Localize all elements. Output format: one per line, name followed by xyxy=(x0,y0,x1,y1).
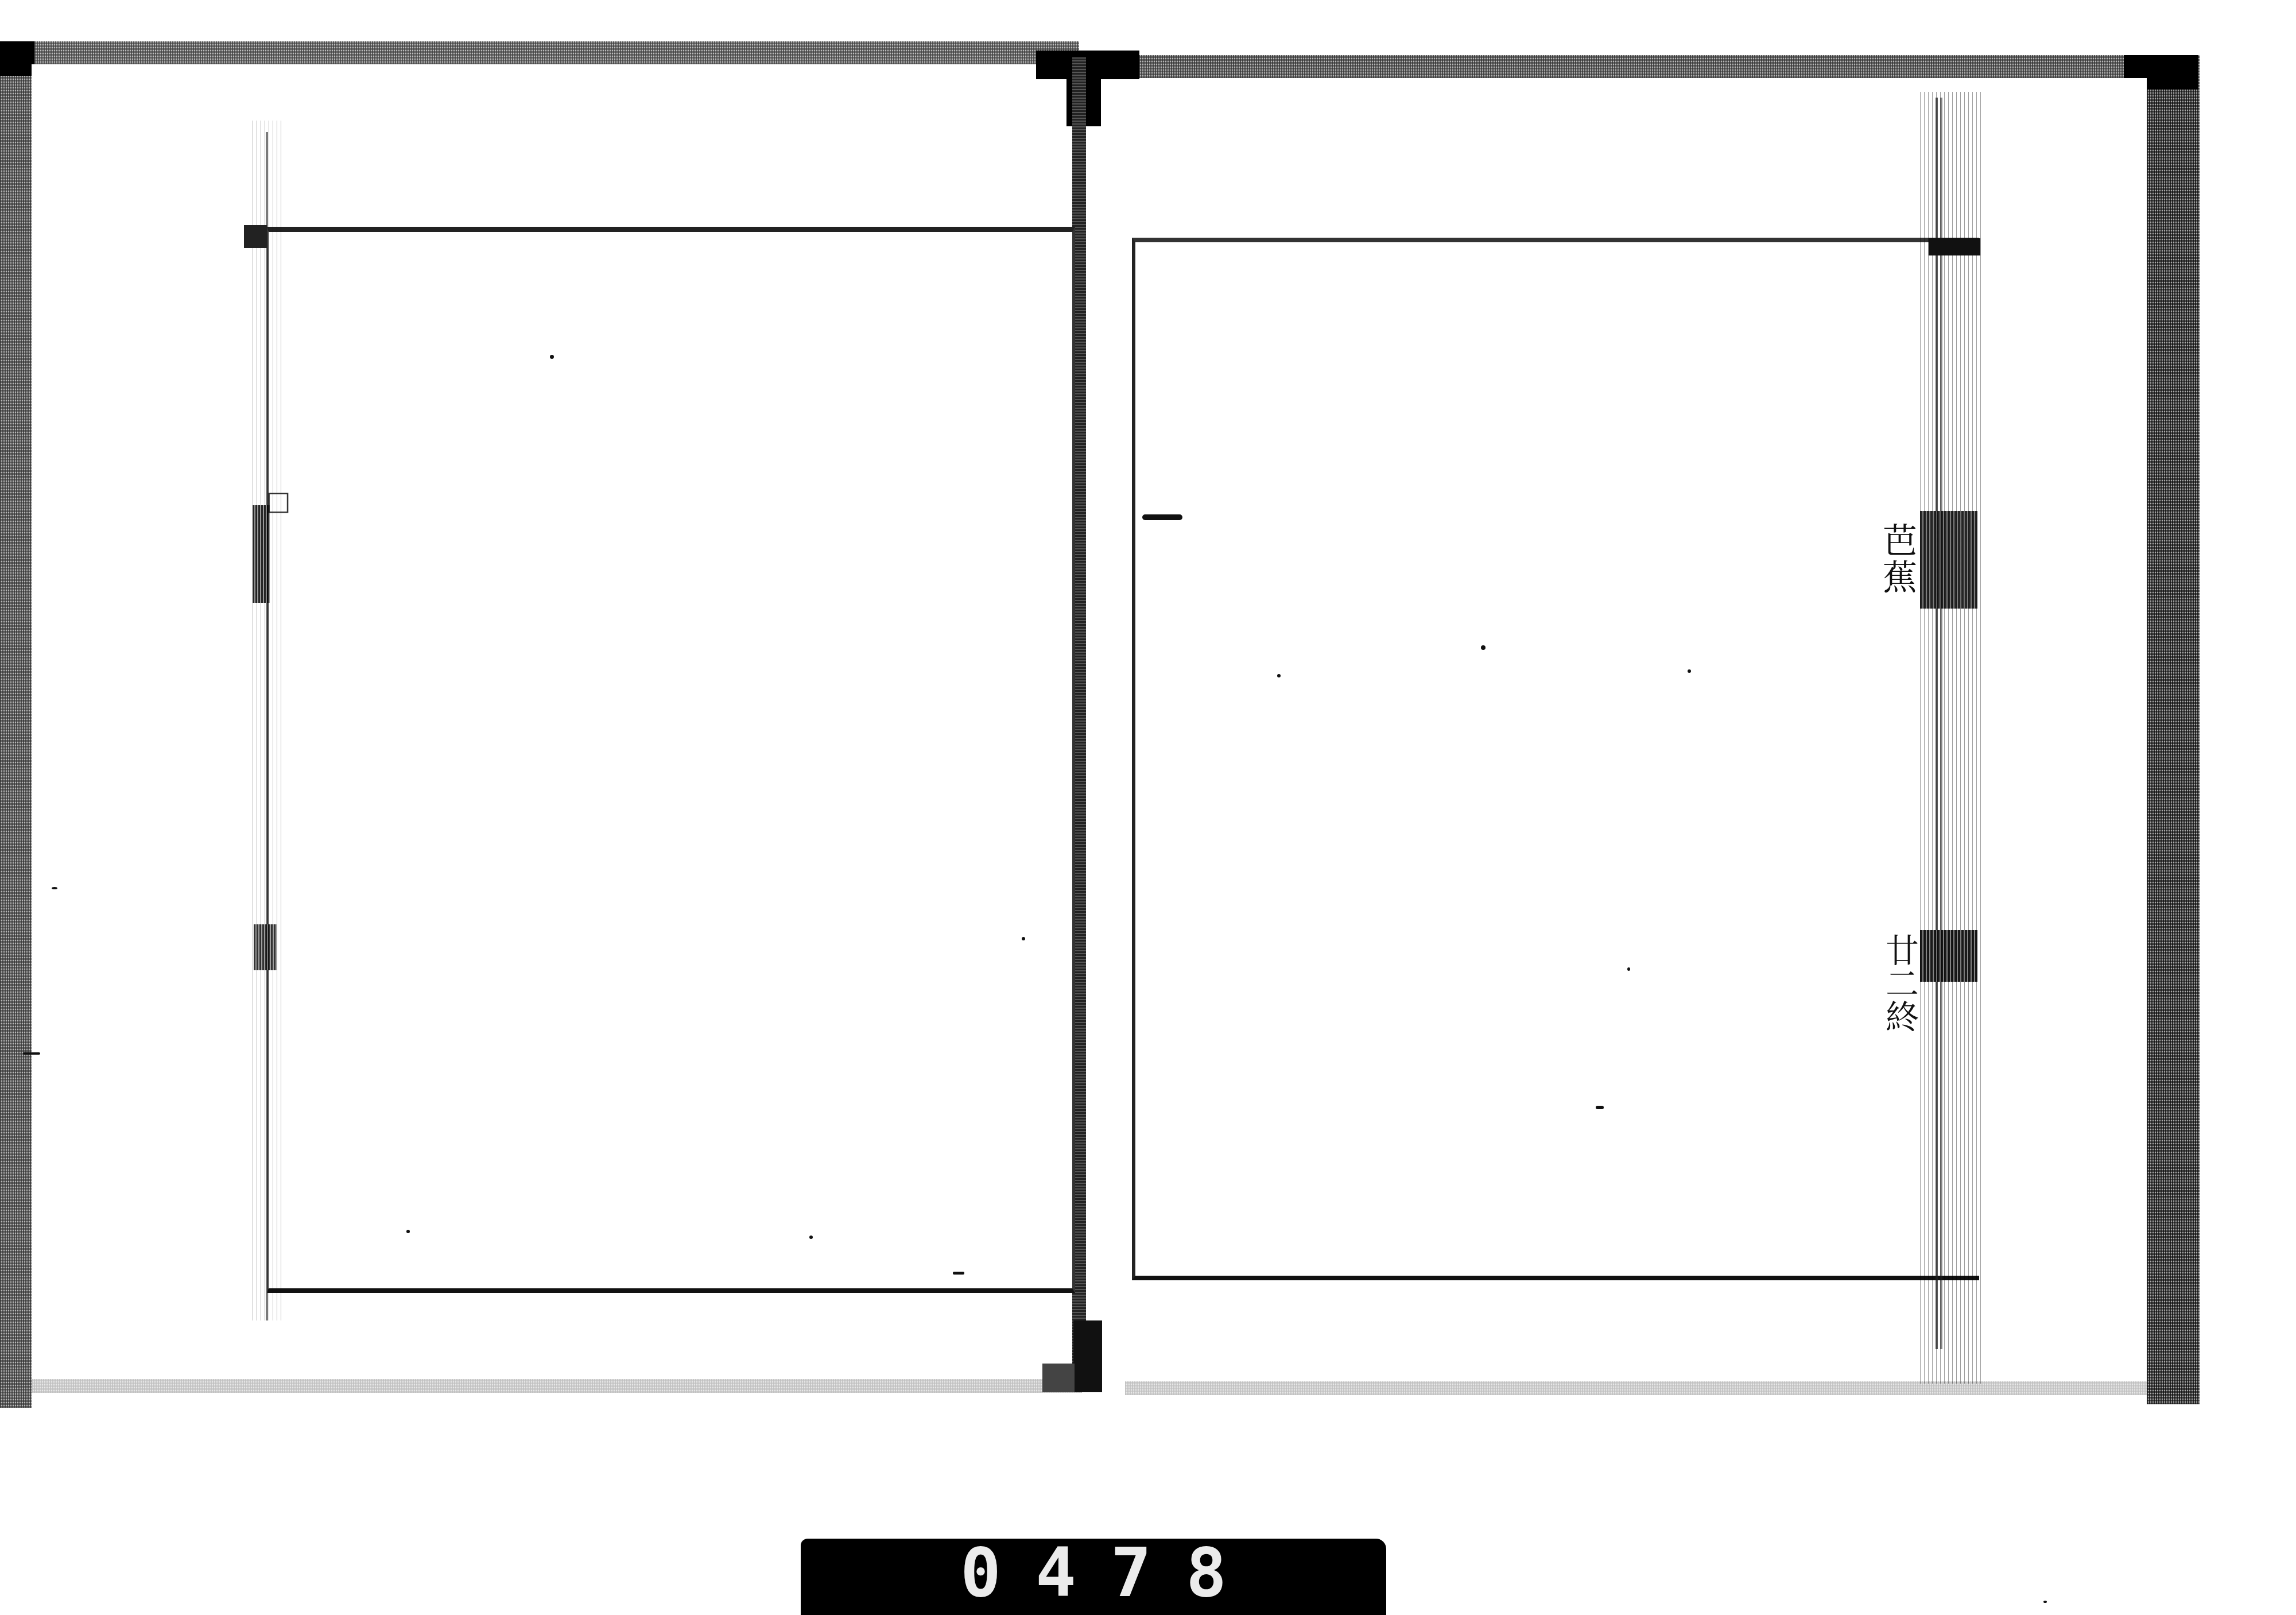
fold-margin-left-mark: □ xyxy=(265,485,292,516)
speck xyxy=(2043,1601,2047,1603)
speck xyxy=(52,887,57,889)
scan-corner-top-left xyxy=(0,41,34,76)
frame-number-label: 0478 xyxy=(801,1539,1386,1615)
scan-edge-right xyxy=(2147,55,2200,1404)
speck xyxy=(23,1052,40,1055)
fishtail-mark-left-top xyxy=(244,225,267,248)
speck xyxy=(1277,674,1281,677)
fishtail-mark-left-middle xyxy=(253,505,270,603)
right-fold-line-inner xyxy=(1940,98,1942,1349)
speck xyxy=(809,1236,813,1239)
speck xyxy=(1022,937,1025,940)
fold-margin-chapter: 廿二終 xyxy=(1883,933,1916,1033)
speck xyxy=(1481,645,1486,650)
speck xyxy=(953,1272,964,1275)
right-fold-line-outer xyxy=(1936,98,1938,1349)
frame-number: 0478 xyxy=(960,1533,1261,1612)
ink-smudge xyxy=(1142,514,1182,520)
speck xyxy=(1596,1106,1604,1109)
spine-bottom-shadow xyxy=(1073,1320,1102,1392)
speck xyxy=(406,1230,410,1233)
scan-edge-bottom-right xyxy=(1125,1380,2147,1395)
scan-edge-bottom-left xyxy=(32,1378,1082,1393)
fishtail-mark-left-lower xyxy=(254,924,277,970)
spine-bottom-shadow-inner xyxy=(1042,1364,1075,1392)
fishtail-mark-right-top xyxy=(1929,238,1980,255)
left-fold-line xyxy=(266,132,268,1320)
scan-edge-top-left xyxy=(0,41,1079,64)
left-page-text-frame xyxy=(267,227,1075,1293)
speck xyxy=(1688,669,1691,673)
fishtail-mark-right-middle xyxy=(1920,511,1977,609)
right-fold-margin xyxy=(1920,92,1983,1384)
fishtail-mark-right-lower xyxy=(1920,930,1977,982)
speck xyxy=(1627,967,1630,971)
scan-edge-left xyxy=(0,41,32,1408)
scan-edge-top-right xyxy=(1125,55,2198,78)
fold-margin-title: 芭蕉 xyxy=(1880,522,1914,596)
right-page-text-frame xyxy=(1132,238,1979,1280)
speck xyxy=(550,355,554,359)
